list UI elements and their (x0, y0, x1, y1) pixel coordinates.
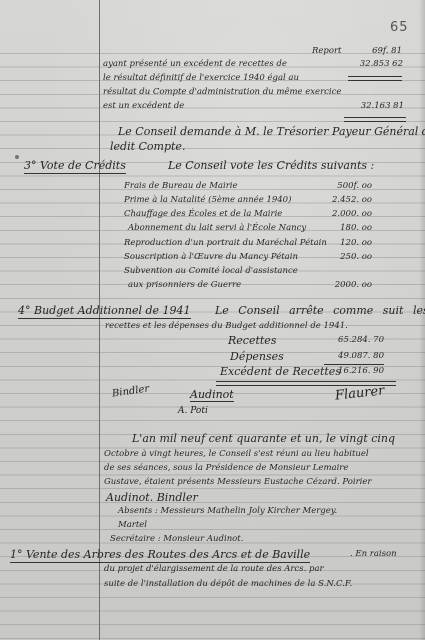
budget-intro-line: recettes et les dépenses du Budget addit… (105, 320, 348, 334)
signature: Audinot (190, 388, 234, 402)
session-line: Octobre à vingt heures, le Conseil s'est… (104, 448, 369, 462)
budget-intro-line: Le Conseil arrête comme suit les (215, 304, 425, 318)
absent-line-2: Martel (118, 519, 147, 533)
credit-amount: 500f. oo (330, 180, 372, 194)
intro-line: résultat du Compte d'administration du m… (103, 86, 341, 100)
budget-row-label: Excédent de Recettes (220, 365, 341, 379)
credit-item: Prime à la Natalité (5ème année 1940) (124, 194, 291, 208)
credit-item: Subvention au Comité local d'assistance (124, 265, 298, 279)
signature: A. Poti (178, 406, 208, 416)
report-double-underline (348, 76, 402, 81)
approval-line: Le Conseil demande à M. le Trésorier Pay… (118, 125, 425, 139)
tree-sale-line: . En raison (350, 548, 397, 562)
credit-amount: 250. oo (330, 251, 372, 265)
credit-item: Frais de Bureau de Mairie (124, 180, 238, 194)
secretary-line: Secrétaire : Monsieur Audinot. (110, 533, 243, 547)
section-heading-credits: 3° Vote de Crédits (24, 159, 126, 174)
paper-speck (15, 155, 19, 159)
session-line: Audinot. Bindler (106, 491, 198, 505)
budget-row-amount: 65.284. 70 (322, 334, 384, 348)
credits-intro: Le Conseil vote les Crédits suivants : (168, 159, 374, 173)
session-line: Gustave, étaient présents Messieurs Eust… (104, 476, 371, 490)
budget-row-amount: 49.087. 80 (324, 350, 384, 365)
credit-item: aux prisonniers de Guerre (128, 279, 241, 293)
credit-amount: 2.452. oo (322, 194, 372, 208)
credit-amount: 180. oo (330, 222, 372, 236)
section-heading-budget: 4° Budget Additionnel de 1941 (18, 304, 191, 319)
session-line: de ses séances, sous la Présidence de Mo… (104, 462, 348, 476)
section-heading-tree-sale: 1° Vente des Arbres des Routes des Arcs … (10, 548, 310, 563)
report-amount-2: 32.853 62 (345, 58, 403, 72)
page-edge-shadow (419, 0, 425, 640)
report-amount-1: 69f. 81 (360, 45, 402, 59)
credit-item: Abonnement du lait servi à l'École Nancy (128, 222, 306, 236)
page-number: 65 (390, 20, 409, 35)
credit-item: Reproduction d'un portrait du Maréchal P… (124, 237, 327, 251)
credit-amount: 2.000. oo (322, 208, 372, 222)
intro-line: le résultat définitif de l'exercice 1940… (103, 72, 299, 86)
margin-line (99, 0, 100, 640)
intro-line: ayant présenté un excédent de recettes d… (103, 58, 287, 72)
approval-line: ledit Compte. (110, 140, 185, 154)
tree-sale-line: du projet d'élargissement de la route de… (104, 563, 324, 577)
budget-row-label: Recettes (228, 334, 276, 348)
absent-line: Absents : Messieurs Mathelin Joly Kirche… (118, 505, 337, 519)
intro-total-underline (344, 117, 406, 122)
tree-sale-line: suite de l'installation du dépôt de mach… (104, 578, 352, 592)
credit-item: Souscription à l'Œuvre du Mancy Pétain (124, 251, 298, 265)
budget-row-amount: 16.216. 90 (324, 365, 384, 379)
ledger-page: 65 Report 69f. 81 32.853 62 ayant présen… (0, 0, 425, 640)
intro-total: 32.163 81 (350, 100, 404, 114)
report-label: Report (312, 45, 341, 59)
intro-line: est un excédent de (103, 100, 184, 114)
credit-amount: 2000. oo (322, 279, 372, 293)
session-line: L'an mil neuf cent quarante et un, le vi… (132, 432, 395, 446)
budget-row-label: Dépenses (230, 350, 284, 364)
credit-item: Chauffage des Écoles et de la Mairie (124, 208, 282, 222)
credit-amount: 120. oo (330, 237, 372, 251)
